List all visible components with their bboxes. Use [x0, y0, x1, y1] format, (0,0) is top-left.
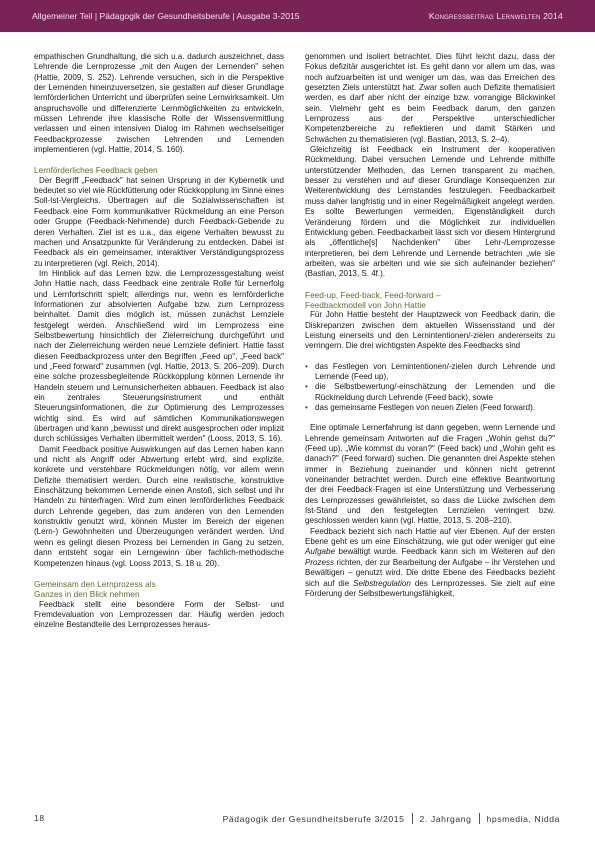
divider — [412, 813, 413, 824]
heading-line: Feed-up, Feed-back, Feed-forward – — [305, 290, 441, 300]
page-number: 18 — [34, 813, 45, 823]
list-item: die Selbstbewertung/-einschätzung der Le… — [305, 382, 555, 403]
list-item: das gemeinsame Festlegen von neuen Ziele… — [305, 403, 555, 413]
section-heading-feedbackmodell: Feed-up, Feed-back, Feed-forward – Feedb… — [305, 290, 555, 311]
emphasis: Selbstregulation — [353, 579, 411, 588]
paragraph: Gleichzeitig ist Feedback ein Instrument… — [305, 145, 555, 279]
running-header: Allgemeiner Teil | Pädagogik der Gesundh… — [0, 0, 595, 32]
paragraph: Feedback stellt eine besondere Form der … — [34, 600, 284, 631]
section-heading-lernfoerderliches-feedback: Lernförderliches Feedback geben — [34, 165, 284, 175]
header-article-type: Kongressbeitrag Lernwelten 2014 — [429, 11, 563, 21]
emphasis: Prozess — [305, 558, 334, 567]
text-run: Feedback bezieht sich nach Hattie auf vi… — [305, 527, 555, 546]
right-column: genommen und isoliert betrachtet. Dies f… — [305, 52, 555, 599]
heading-line: Feedbackmodell von John Hattie — [305, 300, 426, 310]
heading-line: Ganzes in den Blick nehmen — [34, 589, 140, 599]
publisher: hpsmedia, Nidda — [487, 814, 561, 824]
heading-line: Gemeinsam den Lernprozess als — [34, 579, 156, 589]
footer-meta: Pädagogik der Gesundheitsberufe 3/20152.… — [223, 813, 560, 824]
left-column: empathischen Grundhaltung, die sich u.a.… — [34, 52, 284, 631]
paragraph: Für John Hattie besteht der Hauptzweck v… — [305, 310, 555, 351]
paragraph: empathischen Grundhaltung, die sich u.a.… — [34, 52, 284, 155]
section-heading-gemeinsam: Gemeinsam den Lernprozess als Ganzes in … — [34, 579, 284, 600]
paragraph: Eine optimale Lernerfahrung ist dann geg… — [305, 423, 555, 526]
paragraph: genommen und isoliert betrachtet. Dies f… — [305, 52, 555, 145]
paragraph: Feedback bezieht sich nach Hattie auf vi… — [305, 527, 555, 599]
volume: 2. Jahrgang — [420, 814, 472, 824]
divider — [479, 813, 480, 824]
text-run: bewältigt wurde. Feedback kann sich im W… — [335, 547, 555, 556]
paragraph: Der Begriff „Feedback" hat seinen Urspru… — [34, 176, 284, 269]
emphasis: Aufgabe — [305, 547, 335, 556]
journal-name: Pädagogik der Gesundheitsberufe 3/2015 — [223, 814, 405, 824]
paragraph: Im Hinblick auf das Lernen bzw. die Lern… — [34, 269, 284, 445]
feedback-aspects-list: das Festlegen von Lernintentionen/-ziele… — [305, 362, 555, 414]
list-item: das Festlegen von Lernintentionen/-ziele… — [305, 362, 555, 383]
paragraph: Damit Feedback positive Auswirkungen auf… — [34, 445, 284, 569]
header-section-title: Allgemeiner Teil | Pädagogik der Gesundh… — [32, 11, 300, 21]
